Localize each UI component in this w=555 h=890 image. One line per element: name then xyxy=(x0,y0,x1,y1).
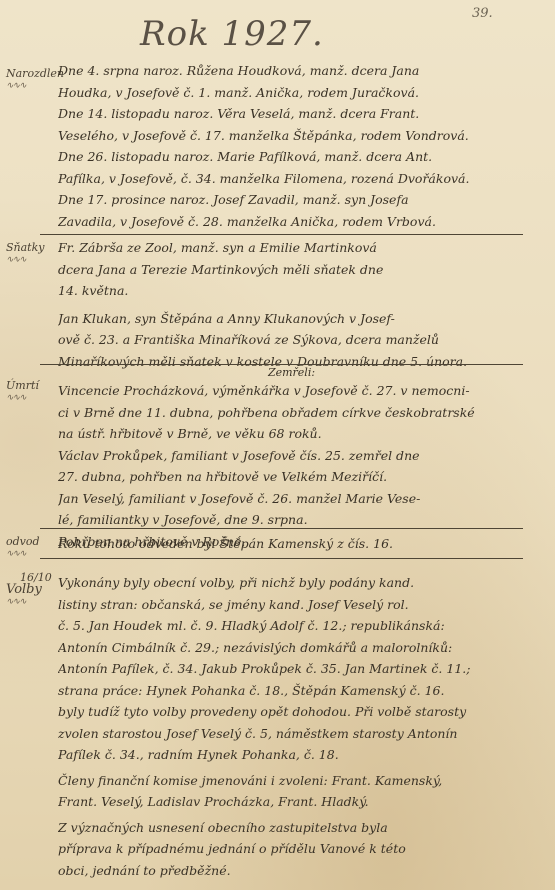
elections-line: Vykonány byly obecní volby, při nichž by… xyxy=(58,572,525,594)
elections-line: Antonín Pafílek, č. 34. Jakub Prokůpek č… xyxy=(58,658,525,680)
elections-line: č. 5. Jan Houdek ml. č. 9. Hladký Adolf … xyxy=(58,615,525,637)
elections-line: byly tudíž tyto volby provedeny opět doh… xyxy=(58,701,525,723)
departures-section: Roku tohoto odveden byl Štěpán Kamenský … xyxy=(58,533,525,555)
elections-line: Členy finanční komise jmenováni i zvolen… xyxy=(58,770,525,792)
elections-line: Antonín Cimbálník č. 29.; nezávislých do… xyxy=(58,637,525,659)
elections-line: Frant. Veselý, Ladislav Procházka, Frant… xyxy=(58,791,525,813)
deaths-line: Vincencie Procházková, výměnkářka v Jose… xyxy=(58,380,525,402)
elections-line: listiny stran: občanská, se jmény kand. … xyxy=(58,594,525,616)
births-line: Dne 26. listopadu naroz. Marie Pafílková… xyxy=(58,146,525,168)
squiggle-underline-icon: ∿∿∿ xyxy=(6,80,52,92)
marriages-section: Fr. Zábrša ze Zool, manž. syn a Emilie M… xyxy=(58,237,525,372)
section-divider xyxy=(40,234,523,235)
section-divider xyxy=(40,364,523,365)
deaths-line: ci v Brně dne 11. dubna, pohřbena obřade… xyxy=(58,402,525,424)
page-title: Rok 1927. xyxy=(140,14,400,54)
births-line: Dne 17. prosince naroz. Josef Zavadil, m… xyxy=(58,189,525,211)
page-number: 39. xyxy=(472,6,493,21)
births-line: Houdka, v Josefově č. 1. manž. Anička, r… xyxy=(58,82,525,104)
elections-line: zvolen starostou Josef Veselý č. 5, námě… xyxy=(58,723,525,745)
deaths-section: Zemřeli: Vincencie Procházková, výměnkář… xyxy=(58,366,525,552)
births-line: Zavadila, v Josefově č. 28. manželka Ani… xyxy=(58,211,525,233)
squiggle-underline-icon: ∿∿∿ xyxy=(6,254,52,266)
section-divider xyxy=(40,528,523,529)
elections-line: Z význačných usnesení obecního zastupite… xyxy=(58,817,525,839)
births-section: Dne 4. srpna naroz. Růžena Houdková, man… xyxy=(58,60,525,232)
elections-line: strana práce: Hynek Pohanka č. 18., Štěp… xyxy=(58,680,525,702)
marriages-line: Jan Klukan, syn Štěpána a Anny Klukanový… xyxy=(58,308,525,330)
margin-label-departures: odvod ∿∿∿ xyxy=(6,536,52,560)
departures-line: Roku tohoto odveden byl Štěpán Kamenský … xyxy=(58,533,525,555)
margin-label-births: Narozdlen ∿∿∿ xyxy=(6,68,52,92)
deaths-heading: Zemřeli: xyxy=(58,366,525,380)
document-page: Rok 1927. 39. Narozdlen ∿∿∿ Dne 4. srpna… xyxy=(0,0,555,890)
marriages-line: 14. května. xyxy=(58,280,525,302)
squiggle-underline-icon: ∿∿∿ xyxy=(6,392,52,404)
elections-section: Vykonány byly obecní volby, při nichž by… xyxy=(58,572,525,881)
marriages-line: ově č. 23. a Františka Minaříková ze Sýk… xyxy=(58,329,525,351)
births-line: Veselého, v Josefově č. 17. manželka Ště… xyxy=(58,125,525,147)
deaths-line: na ústř. hřbitově v Brně, ve věku 68 rok… xyxy=(58,423,525,445)
marriages-line: Fr. Zábrša ze Zool, manž. syn a Emilie M… xyxy=(58,237,525,259)
margin-label-deaths: Úmrtí ∿∿∿ xyxy=(6,380,52,404)
marriages-line: dcera Jana a Terezie Martinkových měli s… xyxy=(58,259,525,281)
elections-line: příprava k případnému jednání o přídělu … xyxy=(58,838,525,860)
elections-line: Pafílek č. 34., radním Hynek Pohanka, č.… xyxy=(58,744,525,766)
elections-line: obci, jednání to předběžné. xyxy=(58,860,525,882)
margin-label-marriages: Sňatky ∿∿∿ xyxy=(6,242,52,266)
births-line: Dne 14. listopadu naroz. Věra Veselá, ma… xyxy=(58,103,525,125)
births-line: Pafílka, v Josefově, č. 34. manželka Fil… xyxy=(58,168,525,190)
margin-label-elections: 16/10 Volby ∿∿∿ xyxy=(6,572,52,608)
births-line: Dne 4. srpna naroz. Růžena Houdková, man… xyxy=(58,60,525,82)
section-divider xyxy=(40,558,523,559)
squiggle-underline-icon: ∿∿∿ xyxy=(6,596,52,608)
deaths-line: Václav Prokůpek, familiant v Josefově čí… xyxy=(58,445,525,467)
deaths-line: Jan Veselý, familiant v Josefově č. 26. … xyxy=(58,488,525,510)
deaths-line: 27. dubna, pohřben na hřbitově ve Velkém… xyxy=(58,466,525,488)
